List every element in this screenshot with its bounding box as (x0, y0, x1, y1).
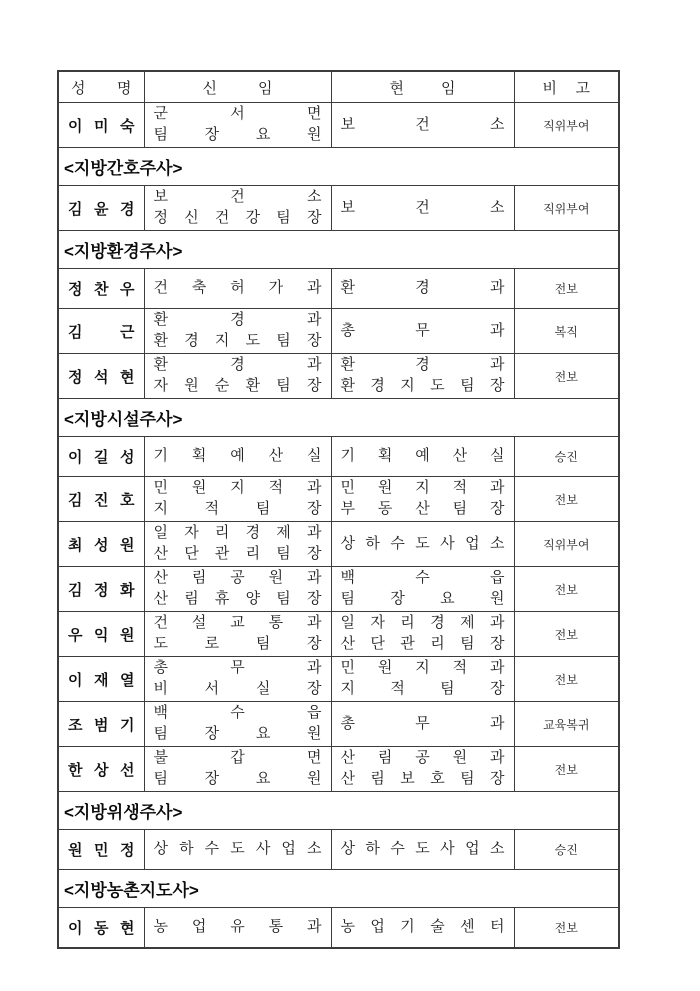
remark-cell: 전보 (514, 354, 619, 399)
person-name: 김 진 호 (58, 477, 144, 522)
current-position-cell: 환 경 과 (331, 269, 514, 309)
person-name: 한 상 선 (58, 747, 144, 792)
section-row: <지방시설주사> (58, 399, 619, 437)
position-line: 민 원 지 적 과 (154, 478, 322, 499)
new-position-cell: 민 원 지 적 과지 적 팀 장 (144, 477, 331, 522)
current-position-cell: 민 원 지 적 과부 동 산 팀 장 (331, 477, 514, 522)
current-position-cell: 총 무 과 (331, 702, 514, 747)
remark-cell: 전보 (514, 657, 619, 702)
person-name: 원 민 정 (58, 830, 144, 870)
table-row: 조 범 기백 수 읍팀 장 요 원총 무 과교육복귀 (58, 702, 619, 747)
position-line: 산 단 관 리 팀 장 (154, 544, 322, 565)
section-title: <지방위생주사> (58, 792, 619, 830)
person-name: 이 길 성 (58, 437, 144, 477)
remark-cell: 전보 (514, 747, 619, 792)
remark-cell: 직위부여 (514, 103, 619, 148)
remark-cell: 직위부여 (514, 186, 619, 231)
new-position-cell: 불 갑 면팀 장 요 원 (144, 747, 331, 792)
remark-cell: 전보 (514, 567, 619, 612)
new-position-cell: 산 림 공 원 과산 림 휴 양 팀 장 (144, 567, 331, 612)
new-position-cell: 상 하 수 도 사 업 소 (144, 830, 331, 870)
new-position-cell: 기 획 예 산 실 (144, 437, 331, 477)
position-line: 비 서 실 장 (154, 679, 322, 700)
document-page: 성 명 신 임 현 임 비 고 이 미 숙군 서 면팀 장 요 원보 건 소직위… (0, 0, 700, 991)
section-row: <지방위생주사> (58, 792, 619, 830)
position-line: 기 획 예 산 실 (341, 446, 505, 467)
position-line: 산 림 공 원 과 (154, 568, 322, 589)
position-line: 농 업 유 통 과 (154, 917, 322, 938)
table-row: 우 익 원건 설 교 통 과도 로 팀 장일 자 리 경 제 과산 단 관 리 … (58, 612, 619, 657)
section-title: <지방시설주사> (58, 399, 619, 437)
position-line: 산 림 공 원 과 (341, 748, 505, 769)
remark-cell: 전보 (514, 612, 619, 657)
remark-cell: 직위부여 (514, 522, 619, 567)
position-line: 지 적 팀 장 (341, 679, 505, 700)
header-current-position: 현 임 (331, 71, 514, 103)
current-position-cell: 일 자 리 경 제 과산 단 관 리 팀 장 (331, 612, 514, 657)
position-line: 보 건 소 (341, 198, 505, 219)
header-new-position: 신 임 (144, 71, 331, 103)
position-line: 보 건 소 (341, 115, 505, 136)
position-line: 환 경 과 (341, 355, 505, 376)
position-line: 부 동 산 팀 장 (341, 499, 505, 520)
position-line: 총 무 과 (341, 321, 505, 342)
position-line: 민 원 지 적 과 (341, 478, 505, 499)
new-position-cell: 농 업 유 통 과 (144, 908, 331, 949)
table-row: 최 성 원일 자 리 경 제 과산 단 관 리 팀 장상 하 수 도 사 업 소… (58, 522, 619, 567)
position-line: 백 수 읍 (154, 703, 322, 724)
position-line: 불 갑 면 (154, 748, 322, 769)
current-position-cell: 민 원 지 적 과지 적 팀 장 (331, 657, 514, 702)
position-line: 총 무 과 (154, 658, 322, 679)
position-line: 환 경 지 도 팀 장 (154, 331, 322, 352)
current-position-cell: 상 하 수 도 사 업 소 (331, 522, 514, 567)
position-line: 일 자 리 경 제 과 (154, 523, 322, 544)
position-line: 상 하 수 도 사 업 소 (341, 534, 505, 555)
new-position-cell: 백 수 읍팀 장 요 원 (144, 702, 331, 747)
position-line: 도 로 팀 장 (154, 634, 322, 655)
person-name: 이 재 열 (58, 657, 144, 702)
remark-cell: 복직 (514, 309, 619, 354)
table-row: 김 윤 경보 건 소정 신 건 강 팀 장보 건 소직위부여 (58, 186, 619, 231)
current-position-cell: 총 무 과 (331, 309, 514, 354)
header-remark: 비 고 (514, 71, 619, 103)
table-row: 김 정 화산 림 공 원 과산 림 휴 양 팀 장백 수 읍팀 장 요 원전보 (58, 567, 619, 612)
position-line: 산 림 보 호 팀 장 (341, 769, 505, 790)
position-line: 보 건 소 (154, 187, 322, 208)
person-name: 정 석 현 (58, 354, 144, 399)
table-row: 이 미 숙군 서 면팀 장 요 원보 건 소직위부여 (58, 103, 619, 148)
remark-cell: 승진 (514, 830, 619, 870)
position-line: 산 단 관 리 팀 장 (341, 634, 505, 655)
section-row: <지방간호주사> (58, 148, 619, 186)
current-position-cell: 산 림 공 원 과산 림 보 호 팀 장 (331, 747, 514, 792)
person-name: 우 익 원 (58, 612, 144, 657)
position-line: 환 경 과 (154, 310, 322, 331)
position-line: 환 경 과 (154, 355, 322, 376)
remark-cell: 전보 (514, 269, 619, 309)
current-position-cell: 환 경 과환 경 지 도 팀 장 (331, 354, 514, 399)
table-row: 이 동 현농 업 유 통 과농 업 기 술 센 터전보 (58, 908, 619, 949)
table-row: 이 재 열총 무 과비 서 실 장민 원 지 적 과지 적 팀 장전보 (58, 657, 619, 702)
new-position-cell: 보 건 소정 신 건 강 팀 장 (144, 186, 331, 231)
remark-cell: 교육복귀 (514, 702, 619, 747)
position-line: 건 축 허 가 과 (154, 278, 322, 299)
table-row: 정 찬 우건 축 허 가 과환 경 과전보 (58, 269, 619, 309)
section-title: <지방환경주사> (58, 231, 619, 269)
current-position-cell: 상 하 수 도 사 업 소 (331, 830, 514, 870)
table-header-row: 성 명 신 임 현 임 비 고 (58, 71, 619, 103)
new-position-cell: 건 설 교 통 과도 로 팀 장 (144, 612, 331, 657)
section-row: <지방환경주사> (58, 231, 619, 269)
position-line: 환 경 과 (341, 278, 505, 299)
remark-cell: 승진 (514, 437, 619, 477)
table-row: 김 진 호민 원 지 적 과지 적 팀 장민 원 지 적 과부 동 산 팀 장전… (58, 477, 619, 522)
new-position-cell: 건 축 허 가 과 (144, 269, 331, 309)
current-position-cell: 보 건 소 (331, 186, 514, 231)
section-title: <지방간호주사> (58, 148, 619, 186)
position-line: 백 수 읍 (341, 568, 505, 589)
personnel-table: 성 명 신 임 현 임 비 고 이 미 숙군 서 면팀 장 요 원보 건 소직위… (57, 70, 620, 949)
position-line: 총 무 과 (341, 714, 505, 735)
person-name: 정 찬 우 (58, 269, 144, 309)
table-body: 이 미 숙군 서 면팀 장 요 원보 건 소직위부여<지방간호주사>김 윤 경보… (58, 103, 619, 949)
new-position-cell: 일 자 리 경 제 과산 단 관 리 팀 장 (144, 522, 331, 567)
person-name: 이 동 현 (58, 908, 144, 949)
position-line: 팀 장 요 원 (341, 589, 505, 610)
position-line: 자 원 순 환 팀 장 (154, 376, 322, 397)
position-line: 산 림 휴 양 팀 장 (154, 589, 322, 610)
person-name: 이 미 숙 (58, 103, 144, 148)
position-line: 상 하 수 도 사 업 소 (154, 839, 322, 860)
position-line: 기 획 예 산 실 (154, 446, 322, 467)
table-row: 한 상 선불 갑 면팀 장 요 원산 림 공 원 과산 림 보 호 팀 장전보 (58, 747, 619, 792)
table-row: 정 석 현환 경 과자 원 순 환 팀 장환 경 과환 경 지 도 팀 장전보 (58, 354, 619, 399)
table-row: 이 길 성기 획 예 산 실기 획 예 산 실승진 (58, 437, 619, 477)
current-position-cell: 백 수 읍팀 장 요 원 (331, 567, 514, 612)
person-name: 김 정 화 (58, 567, 144, 612)
person-name: 김 윤 경 (58, 186, 144, 231)
position-line: 팀 장 요 원 (154, 769, 322, 790)
new-position-cell: 환 경 과자 원 순 환 팀 장 (144, 354, 331, 399)
person-name: 최 성 원 (58, 522, 144, 567)
section-row: <지방농촌지도사> (58, 870, 619, 908)
person-name: 김 근 (58, 309, 144, 354)
position-line: 건 설 교 통 과 (154, 613, 322, 634)
position-line: 환 경 지 도 팀 장 (341, 376, 505, 397)
position-line: 정 신 건 강 팀 장 (154, 208, 322, 229)
current-position-cell: 기 획 예 산 실 (331, 437, 514, 477)
new-position-cell: 환 경 과환 경 지 도 팀 장 (144, 309, 331, 354)
position-line: 군 서 면 (154, 104, 322, 125)
position-line: 지 적 팀 장 (154, 499, 322, 520)
table-row: 원 민 정상 하 수 도 사 업 소상 하 수 도 사 업 소승진 (58, 830, 619, 870)
position-line: 상 하 수 도 사 업 소 (341, 839, 505, 860)
current-position-cell: 보 건 소 (331, 103, 514, 148)
position-line: 팀 장 요 원 (154, 724, 322, 745)
position-line: 팀 장 요 원 (154, 125, 322, 146)
new-position-cell: 총 무 과비 서 실 장 (144, 657, 331, 702)
position-line: 일 자 리 경 제 과 (341, 613, 505, 634)
remark-cell: 전보 (514, 477, 619, 522)
new-position-cell: 군 서 면팀 장 요 원 (144, 103, 331, 148)
position-line: 민 원 지 적 과 (341, 658, 505, 679)
header-name: 성 명 (58, 71, 144, 103)
person-name: 조 범 기 (58, 702, 144, 747)
current-position-cell: 농 업 기 술 센 터 (331, 908, 514, 949)
position-line: 농 업 기 술 센 터 (341, 917, 505, 938)
remark-cell: 전보 (514, 908, 619, 949)
section-title: <지방농촌지도사> (58, 870, 619, 908)
table-row: 김 근환 경 과환 경 지 도 팀 장총 무 과복직 (58, 309, 619, 354)
